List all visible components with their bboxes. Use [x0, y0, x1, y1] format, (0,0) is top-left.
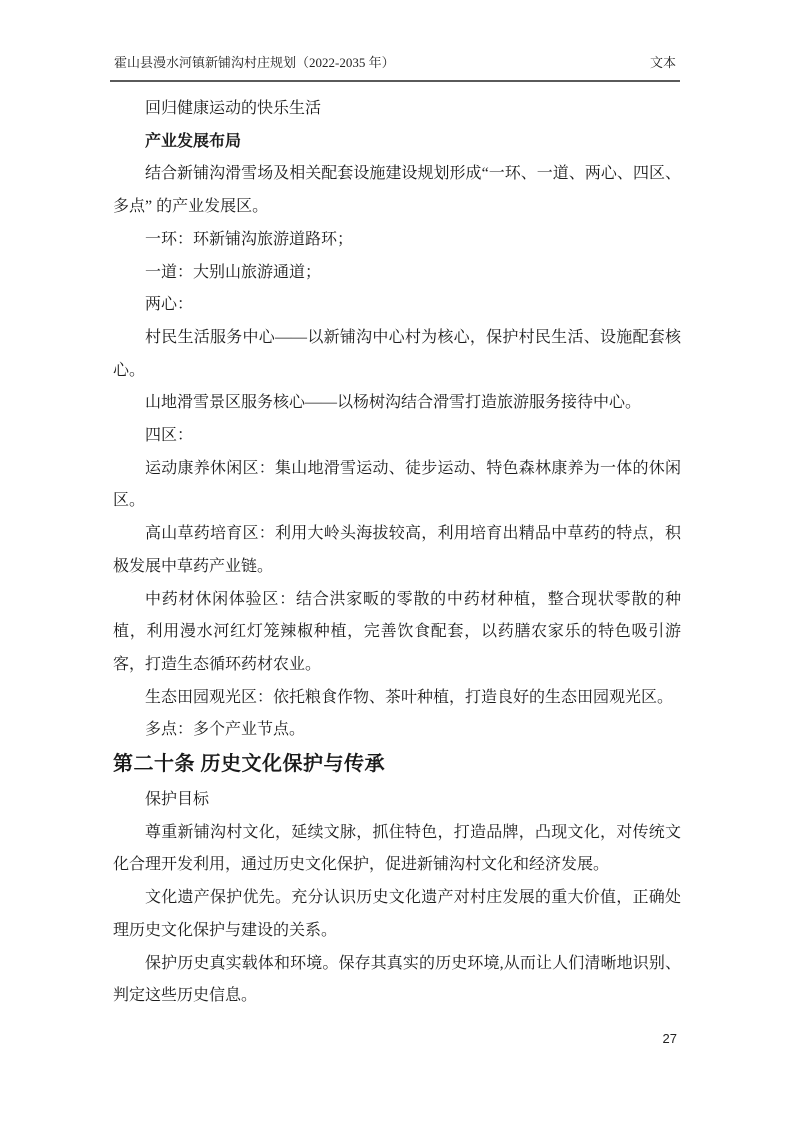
document-body: 回归健康运动的快乐生活 产业发展布局 结合新铺沟滑雪场及相关配套设施建设规划形成… — [113, 93, 681, 1013]
body-paragraph: 运动康养休闲区：集山地滑雪运动、徒步运动、特色森林康养为一体的休闲区。 — [113, 453, 681, 518]
body-paragraph: 结合新铺沟滑雪场及相关配套设施建设规划形成“一环、一道、两心、四区、多点” 的产… — [113, 158, 681, 223]
body-paragraph: 保护历史真实载体和环境。保存其真实的历史环境,从而让人们清晰地识别、判定这些历史… — [113, 948, 681, 1013]
body-paragraph: 两心： — [113, 289, 681, 322]
body-paragraph: 回归健康运动的快乐生活 — [113, 93, 681, 126]
page-header: 霍山县漫水河镇新铺沟村庄规划（2022-2035 年） 文本 — [110, 55, 680, 82]
page-number: 27 — [663, 1031, 677, 1047]
document-page: 霍山县漫水河镇新铺沟村庄规划（2022-2035 年） 文本 回归健康运动的快乐… — [0, 0, 794, 1122]
header-doc-type: 文本 — [650, 55, 680, 71]
body-paragraph: 高山草药培育区：利用大岭头海拔较高，利用培育出精品中草药的特点，积极发展中草药产… — [113, 518, 681, 583]
body-paragraph: 尊重新铺沟村文化，延续文脉，抓住特色，打造品牌，凸现文化，对传统文化合理开发利用… — [113, 817, 681, 882]
body-paragraph-subheading: 产业发展布局 — [113, 126, 681, 159]
body-paragraph: 四区： — [113, 420, 681, 453]
body-paragraph: 村民生活服务中心——以新铺沟中心村为核心，保护村民生活、设施配套核心。 — [113, 322, 681, 387]
body-paragraph: 多点：多个产业节点。 — [113, 714, 681, 747]
body-paragraph: 保护目标 — [113, 784, 681, 817]
header-title: 霍山县漫水河镇新铺沟村庄规划（2022-2035 年） — [110, 55, 395, 71]
body-paragraph: 一道：大别山旅游通道； — [113, 257, 681, 290]
body-paragraph: 中药材休闲体验区：结合洪家畈的零散的中药材种植，整合现状零散的种植，利用漫水河红… — [113, 584, 681, 682]
section-heading: 第二十条 历史文化保护与传承 — [113, 747, 681, 781]
body-paragraph: 一环：环新铺沟旅游道路环； — [113, 224, 681, 257]
body-paragraph: 生态田园观光区：依托粮食作物、茶叶种植，打造良好的生态田园观光区。 — [113, 682, 681, 715]
body-paragraph: 文化遗产保护优先。充分认识历史文化遗产对村庄发展的重大价值，正确处理历史文化保护… — [113, 882, 681, 947]
body-paragraph: 山地滑雪景区服务核心——以杨树沟结合滑雪打造旅游服务接待中心。 — [113, 387, 681, 420]
